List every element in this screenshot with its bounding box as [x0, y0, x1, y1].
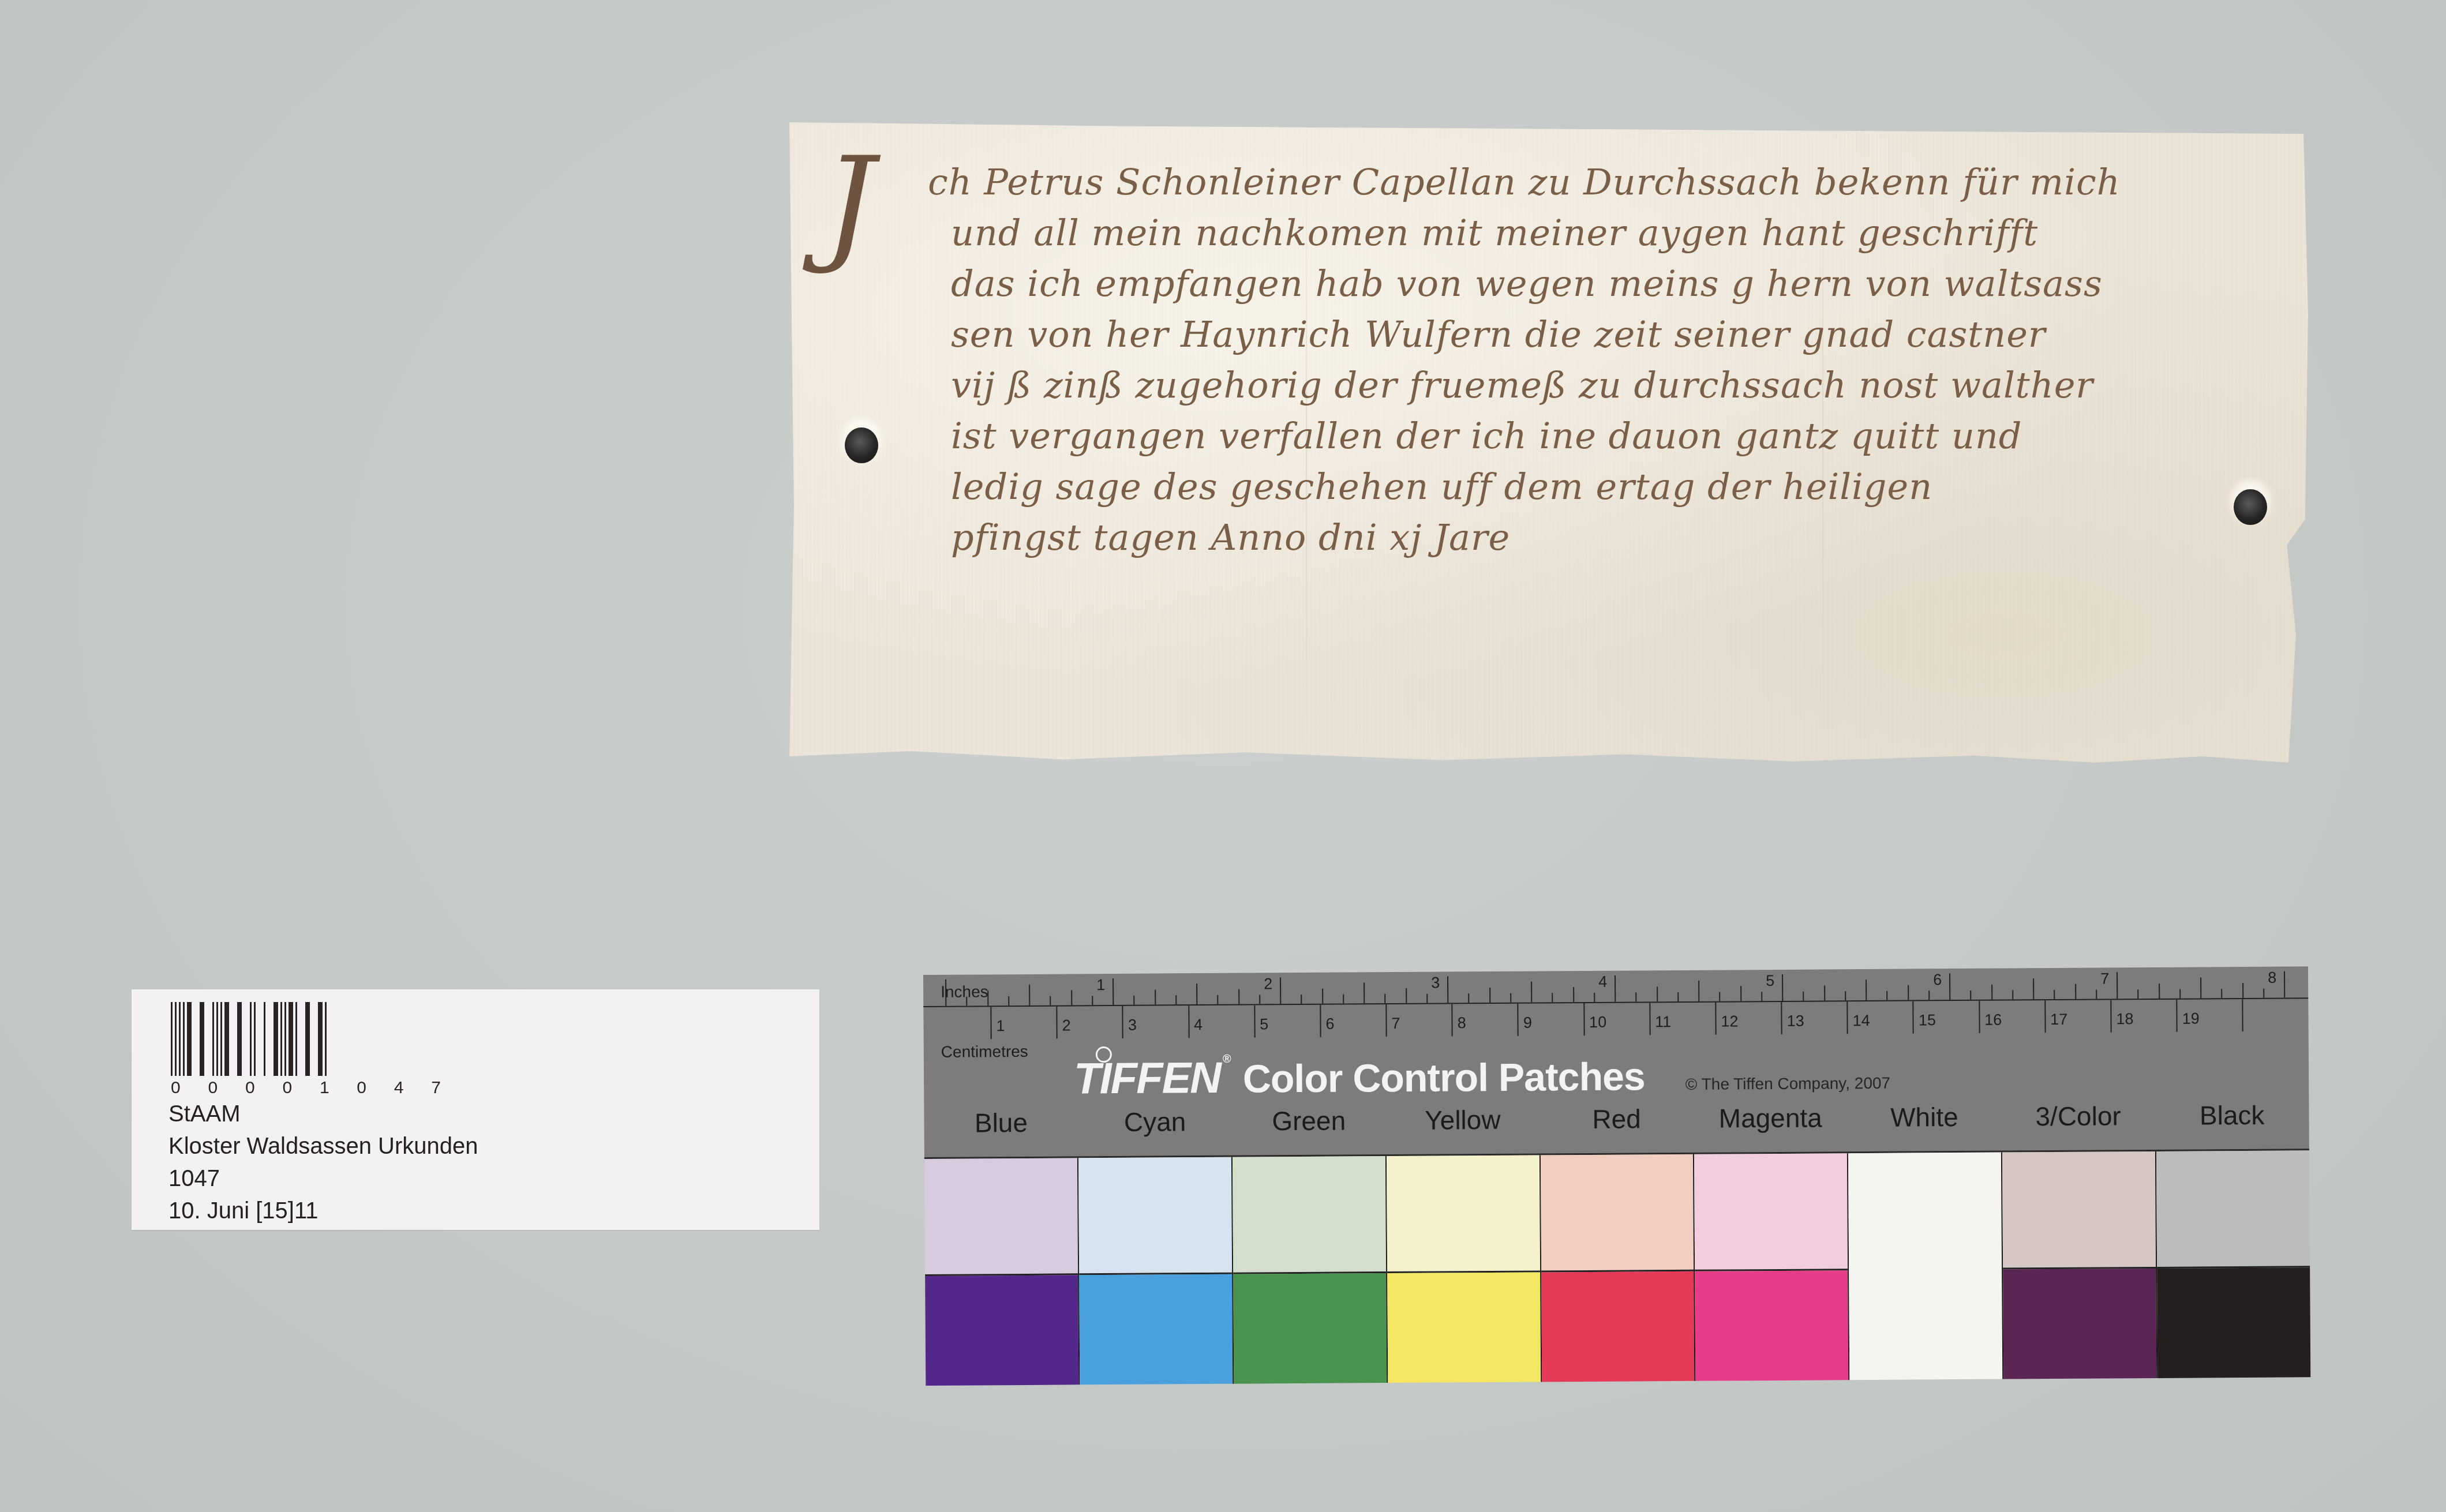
color-patch-green: [1231, 1156, 1387, 1384]
inch-tick: [2033, 978, 2034, 999]
cm-tick: [1188, 1006, 1189, 1038]
barcode-bar: [207, 1002, 210, 1076]
barcode-bar: [175, 1002, 177, 1076]
inch-tick: [1510, 993, 1511, 1003]
dark-patch: [1695, 1270, 1849, 1381]
dark-patch: [1233, 1273, 1387, 1384]
cm-tick: [1583, 1003, 1585, 1035]
patch-label: 3/Color: [2001, 1100, 2155, 1132]
barcode-bar: [264, 1002, 265, 1076]
barcode-digit: 1: [320, 1078, 331, 1098]
inch-tick: [2242, 983, 2243, 998]
light-patch: [2156, 1150, 2310, 1269]
barcode: [171, 1002, 329, 1076]
color-patch-cyan: [1077, 1157, 1233, 1385]
document-number: 1047: [168, 1162, 478, 1195]
cm-tick: [1452, 1004, 1453, 1036]
manuscript-line: pfingst tagen Anno dni xj Jare: [847, 512, 2273, 563]
inch-tick: [1155, 990, 1156, 1005]
barcode-bar: [187, 1002, 192, 1076]
cm-label: 4: [1194, 1016, 1203, 1034]
color-patch-blue: [924, 1158, 1078, 1386]
inch-tick: [1761, 992, 1762, 1001]
inch-tick: [1092, 996, 1093, 1005]
inch-tick: [1071, 990, 1072, 1005]
cm-tick: [1847, 1001, 1848, 1034]
inch-label: 1: [1096, 976, 1105, 994]
inch-tick: [1594, 993, 1595, 1002]
cm-label: 12: [1721, 1012, 1738, 1030]
barcode-bar: [216, 1002, 218, 1076]
cm-tick: [2110, 1000, 2111, 1032]
cm-label: 5: [1260, 1015, 1268, 1033]
barcode-bar: [280, 1002, 282, 1076]
light-patch: [1540, 1154, 1694, 1273]
light-patch: [1387, 1155, 1540, 1273]
manuscript-line: J ch Petrus Schonleiner Capellan zu Durc…: [847, 157, 2273, 208]
dark-patch: [2003, 1269, 2156, 1379]
inch-label: 6: [1933, 971, 1942, 989]
cm-label: 11: [1655, 1013, 1671, 1031]
inch-tick: [1238, 989, 1239, 1004]
document-date: 10. Juni [15]11: [168, 1195, 478, 1227]
patch-label: Blue: [924, 1106, 1078, 1139]
barcode-bar: [318, 1002, 323, 1076]
cm-tick: [2044, 1000, 2046, 1033]
color-patches: [924, 1150, 2310, 1386]
barcode-bar: [183, 1002, 185, 1076]
inch-tick: [2054, 990, 2055, 999]
cm-tick: [2242, 999, 2243, 1031]
manuscript-line: sen von her Haynrich Wulfern die zeit se…: [847, 309, 2273, 360]
inch-tick: [1029, 985, 1030, 1006]
inch-label: 3: [1431, 974, 1440, 992]
barcode-bar: [295, 1002, 297, 1076]
inch-tick: [1719, 992, 1720, 1001]
cm-label: 7: [1391, 1015, 1400, 1033]
color-patch-magenta: [1693, 1153, 1848, 1381]
color-patch-red: [1539, 1154, 1694, 1382]
chart-title: Color Control Patches: [1243, 1054, 1645, 1101]
copyright-text: © The Tiffen Company, 2007: [1685, 1074, 1890, 1094]
cm-tick: [1781, 1002, 1782, 1034]
cm-label: 6: [1325, 1015, 1334, 1033]
inch-tick: [2159, 984, 2160, 999]
inch-tick: [2117, 972, 2118, 999]
barcode-bar: [289, 1002, 293, 1076]
patch-label: Magenta: [1694, 1102, 1848, 1134]
inch-label: 7: [2100, 970, 2109, 988]
cm-tick: [1385, 1004, 1387, 1037]
inch-tick: [1301, 995, 1302, 1004]
barcode-bar: [305, 1002, 310, 1076]
binding-hole-icon: [2234, 489, 2267, 525]
logo-dot-icon: [1096, 1046, 1112, 1063]
inch-tick: [1970, 991, 1971, 1000]
inch-tick: [1113, 978, 1114, 1005]
barcode-bar: [194, 1002, 197, 1076]
color-patch-3-color: [2001, 1151, 2156, 1379]
inch-tick: [1782, 974, 1783, 1001]
inch-label: 2: [1264, 975, 1272, 993]
cm-label: 18: [2116, 1010, 2133, 1028]
barcode-bar: [231, 1002, 235, 1076]
dark-patch: [1848, 1153, 2002, 1380]
barcode-digit: 7: [431, 1078, 442, 1098]
inch-tick: [1343, 995, 1344, 1004]
inch-label: 8: [2268, 969, 2276, 987]
inch-tick: [1384, 994, 1385, 1003]
cm-label: 13: [1787, 1012, 1804, 1030]
light-patch: [1233, 1156, 1386, 1274]
cm-tick: [1913, 1001, 1914, 1034]
barcode-bar: [244, 1002, 248, 1076]
barcode-bar: [299, 1002, 303, 1076]
inch-tick: [1635, 992, 1636, 1001]
inch-tick: [1677, 992, 1679, 1001]
cm-label: 1: [996, 1017, 1005, 1035]
color-control-chart: Inches 123456781234567891011121314151617…: [923, 966, 2310, 1386]
tiffen-logo: TIFFEN®: [1074, 1053, 1230, 1104]
cm-label: 3: [1128, 1016, 1137, 1034]
binding-hole-icon: [845, 427, 878, 463]
patch-label: Cyan: [1078, 1106, 1232, 1138]
barcode-bar: [179, 1002, 181, 1076]
inch-tick: [1949, 973, 1950, 1000]
centimetres-caption: Centimetres: [941, 1042, 1028, 1061]
inch-tick: [1615, 976, 1616, 1002]
collection-name: Kloster Waldsassen Urkunden: [168, 1130, 478, 1162]
ruler-scale: 1234567812345678910111213141516171819: [923, 966, 2308, 975]
patch-labels: BlueCyanGreenYellowRedMagentaWhite3/Colo…: [924, 1099, 2309, 1139]
barcode-bar: [220, 1002, 222, 1076]
dark-patch: [1387, 1272, 1541, 1383]
cm-tick: [1649, 1003, 1650, 1035]
inch-tick: [1008, 996, 1009, 1006]
cm-tick: [1320, 1005, 1321, 1037]
inch-tick: [2096, 990, 2097, 999]
inch-tick: [1406, 988, 1407, 1003]
inch-tick: [1908, 985, 1909, 1000]
manuscript-document: J ch Petrus Schonleiner Capellan zu Durc…: [789, 122, 2308, 763]
inch-tick: [1050, 996, 1051, 1006]
barcode-bar: [224, 1002, 229, 1076]
barcode-bar: [254, 1002, 256, 1076]
inch-tick: [1364, 982, 1365, 1003]
barcode-digit: 4: [394, 1078, 405, 1098]
inch-tick: [1991, 985, 1992, 1000]
cm-label: 17: [2050, 1011, 2067, 1029]
inch-tick: [2200, 977, 2201, 998]
dark-patch: [1541, 1271, 1695, 1382]
inch-label: 4: [1598, 973, 1607, 991]
manuscript-line: vij ß zinß zugehorig der fruemeß zu durc…: [847, 360, 2273, 411]
barcode-number: 00001047: [171, 1078, 442, 1098]
cm-tick: [1122, 1006, 1123, 1038]
inch-tick: [1928, 991, 1930, 1000]
cm-tick: [1254, 1005, 1255, 1037]
dark-patch: [1079, 1274, 1233, 1385]
inch-tick: [2137, 989, 2138, 999]
inch-tick: [987, 991, 988, 1006]
inch-tick: [1740, 986, 1741, 1001]
ruler-band: Inches 123456781234567891011121314151617…: [923, 966, 2309, 1159]
patch-label: Yellow: [1385, 1104, 1539, 1136]
manuscript-line: ist vergangen verfallen der ich ine dauo…: [847, 411, 2273, 462]
barcode-digit: 0: [208, 1078, 219, 1098]
inch-tick: [1133, 996, 1134, 1005]
light-patch: [924, 1158, 1078, 1276]
patch-label: White: [1847, 1101, 2001, 1134]
cm-label: 2: [1062, 1016, 1071, 1034]
inch-label: 5: [1766, 972, 1774, 990]
cm-tick: [1715, 1003, 1716, 1035]
catalog-label: 00001047 StAAM Kloster Waldsassen Urkund…: [132, 989, 819, 1230]
inch-tick: [1196, 984, 1197, 1004]
barcode-bar: [212, 1002, 214, 1076]
manuscript-line: das ich empfangen hab von wegen meins g …: [847, 258, 2273, 309]
inch-tick: [2263, 989, 2264, 998]
inch-tick: [1322, 989, 1323, 1004]
inch-tick: [2179, 989, 2181, 999]
barcode-bar: [325, 1002, 327, 1076]
cm-label: 10: [1589, 1014, 1606, 1031]
inch-tick: [1886, 991, 1887, 1000]
inch-tick: [1657, 986, 1658, 1001]
barcode-bar: [312, 1002, 316, 1076]
inch-tick: [1175, 995, 1177, 1004]
light-patch: [1694, 1153, 1848, 1271]
barcode-bar: [284, 1002, 286, 1076]
inch-tick: [1803, 992, 1804, 1001]
barcode-bar: [200, 1002, 204, 1076]
inch-tick: [945, 980, 946, 1006]
cm-tick: [2176, 1000, 2177, 1032]
inch-tick: [1217, 995, 1218, 1004]
label-text: StAAM Kloster Waldsassen Urkunden 1047 1…: [168, 1098, 478, 1227]
cm-tick: [1979, 1001, 1980, 1033]
inch-tick: [1447, 976, 1448, 1003]
cm-label: 19: [2182, 1010, 2200, 1027]
inches-caption: Inches: [941, 982, 988, 1001]
inch-tick: [1573, 987, 1574, 1002]
inch-tick: [1698, 981, 1699, 1001]
inch-tick: [1489, 988, 1490, 1003]
barcode-digit: 0: [245, 1078, 256, 1098]
light-patch: [2002, 1151, 2156, 1270]
cm-label: 15: [1919, 1011, 1936, 1029]
patch-label: Green: [1232, 1105, 1386, 1137]
inch-tick: [1824, 985, 1825, 1000]
cm-tick: [1518, 1004, 1519, 1036]
patch-label: Black: [2155, 1099, 2309, 1131]
barcode-bar: [268, 1002, 271, 1076]
barcode-bar: [258, 1002, 261, 1076]
inch-tick: [1552, 993, 1553, 1002]
inch-tick: [1426, 994, 1428, 1003]
light-patch: [1078, 1157, 1232, 1275]
chart-brand-row: TIFFEN® Color Control Patches © The Tiff…: [1074, 1049, 1890, 1104]
color-patch-yellow: [1385, 1155, 1541, 1383]
barcode-bar: [237, 1002, 242, 1076]
inch-tick: [2075, 984, 2076, 999]
archive-name: StAAM: [168, 1098, 478, 1130]
inch-tick: [2284, 971, 2285, 998]
cm-tick: [990, 1007, 991, 1039]
inch-tick: [1280, 977, 1281, 1004]
inch-baseline: [923, 997, 2308, 1007]
dark-patch: [2157, 1267, 2310, 1378]
color-patch-white: [1847, 1153, 2002, 1380]
barcode-digit: 0: [282, 1078, 293, 1098]
barcode-digit: 0: [357, 1078, 368, 1098]
inch-tick: [1259, 995, 1260, 1004]
cm-label: 9: [1523, 1014, 1532, 1032]
dark-patch: [925, 1275, 1078, 1386]
inch-tick: [2221, 989, 2222, 998]
inch-tick: [2012, 990, 2013, 999]
inch-tick: [1531, 982, 1532, 1003]
inch-tick: [1845, 991, 1846, 1000]
manuscript-line: ledig sage des geschehen uff dem ertag d…: [847, 462, 2273, 512]
inch-tick: [966, 997, 967, 1006]
cm-label: 8: [1458, 1014, 1466, 1032]
inch-tick: [1468, 993, 1469, 1003]
cm-label: 16: [1984, 1011, 2002, 1029]
barcode-bar: [171, 1002, 173, 1076]
barcode-bar: [250, 1002, 252, 1076]
color-patch-black: [2155, 1150, 2310, 1378]
barcode-bar: [274, 1002, 278, 1076]
patch-label: Red: [1539, 1103, 1694, 1135]
inch-tick: [1866, 980, 1867, 1000]
cm-tick: [1057, 1007, 1058, 1039]
manuscript-line: und all mein nachkomen mit meiner aygen …: [847, 208, 2273, 258]
manuscript-text: J ch Petrus Schonleiner Capellan zu Durc…: [847, 157, 2273, 563]
barcode-digit: 0: [171, 1078, 182, 1098]
cm-label: 14: [1853, 1012, 1870, 1030]
